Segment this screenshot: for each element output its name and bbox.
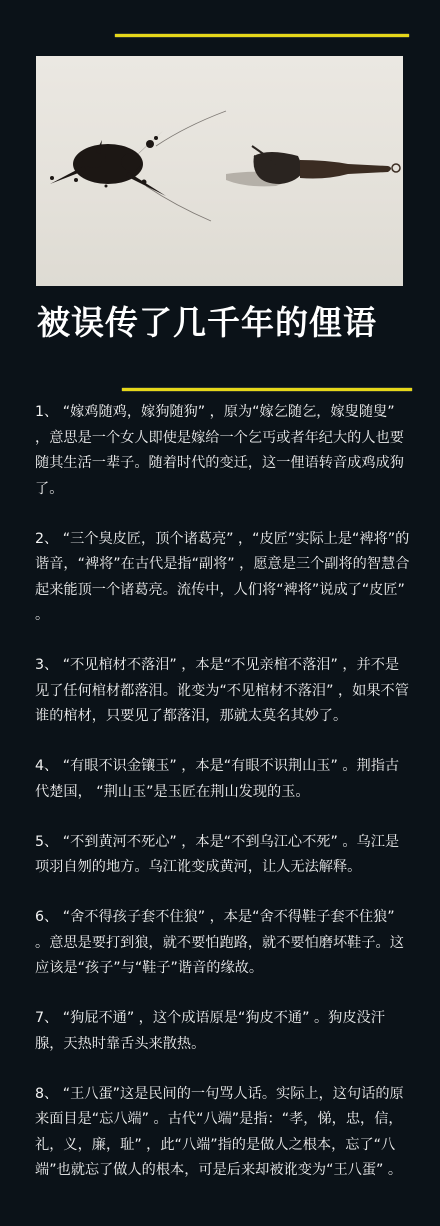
decorative-rule-middle	[122, 388, 412, 391]
list-item-7: 7、 “狗屁不通” ，这个成语原是“狗皮不通” 。狗皮没汗腺，天热时靠舌头来散热…	[35, 1006, 410, 1057]
list-item-2: 2、 “三个臭皮匠，顶个诸葛亮” ，“皮匠”实际上是“裨将”的谐音，“裨将”在古…	[35, 527, 410, 629]
idiom-list: 1、 “嫁鸡随鸡，嫁狗随狗” ，原为“嫁乞随乞，嫁叟随叟” ，意思是一个女人即使…	[35, 400, 410, 1208]
list-item-4: 4、 “有眼不识金镶玉” ，本是“有眼不识荆山玉” 。荆指古代楚国， “荆山玉”…	[35, 754, 410, 805]
list-item-6: 6、 “舍不得孩子套不住狼” ，本是“舍不得鞋子套不住狼” 。意思是要打到狼，就…	[35, 905, 410, 982]
page-title: 被误传了几千年的俚语	[37, 297, 417, 344]
decorative-rule-top	[115, 34, 409, 37]
hero-image	[36, 56, 403, 286]
list-item-3: 3、 “不见棺材不落泪” ，本是“不见亲棺不落泪” ，并不是见了任何棺材都落泪。…	[35, 653, 410, 730]
list-item-8: 8、 “王八蛋”这是民间的一句骂人话。实际上，这句话的原来面目是“忘八端” 。古…	[35, 1082, 410, 1184]
list-item-5: 5、 “不到黄河不死心” ，本是“不到乌江心不死” 。乌江是项羽自刎的地方。乌江…	[35, 830, 410, 881]
ink-brush-illustration-icon	[36, 56, 403, 286]
list-item-1: 1、 “嫁鸡随鸡，嫁狗随狗” ，原为“嫁乞随乞，嫁叟随叟” ，意思是一个女人即使…	[35, 400, 410, 502]
